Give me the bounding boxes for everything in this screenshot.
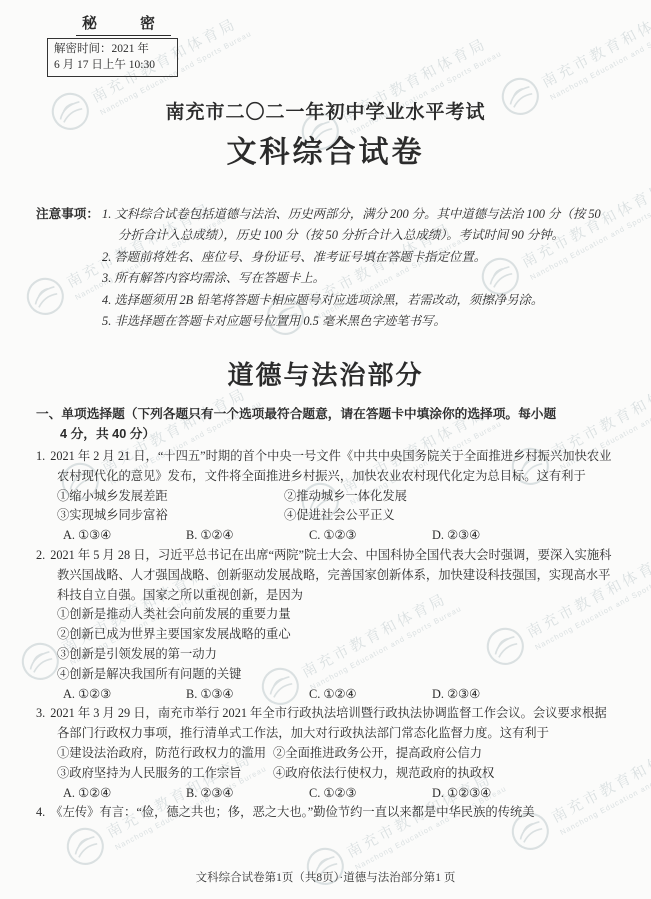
sub-option: ④促进社会公平正义 — [284, 506, 618, 526]
choice-a: A. ①②③ — [63, 685, 186, 705]
sub-options: ①缩小城乡发展差距 ②推动城乡一体化发展 ③实现城乡同步富裕 ④促进社会公平正义 — [36, 487, 618, 527]
choice-d: D. ①②③④ — [432, 784, 555, 804]
sub-option: ②推动城乡一体化发展 — [284, 487, 618, 507]
sub-option: ②创新已成为世界主要国家发展战略的重心 — [57, 625, 618, 645]
choice-d: D. ②③④ — [432, 685, 555, 705]
question-number: 2. — [36, 548, 50, 562]
choice-d: D. ②③④ — [432, 526, 555, 546]
question-4: 4.《左传》有言：“俭，德之共也；侈，恶之大也。”勤俭节约一直以来都是中华民族的… — [36, 803, 618, 823]
question-text: 2021 年 5 月 28 日，习近平总书记在出席“两院”院士大会、中国科协全国… — [50, 548, 611, 602]
sub-options: ①创新是推动人类社会向前发展的重要力量 ②创新已成为世界主要国家发展战略的重心 … — [36, 605, 618, 684]
question-list: 1.2021 年 2 月 21 日，“十四五”时期的首个中央一号文件《中共中央国… — [36, 447, 618, 823]
sub-option: ③实现城乡同步富裕 — [57, 506, 284, 526]
choice-b: B. ②③④ — [186, 784, 309, 804]
classification-label: 秘 密 — [76, 12, 171, 36]
choice-c: C. ①②③ — [309, 526, 432, 546]
decrypt-time-line1: 解密时间：2021 年 — [54, 41, 171, 57]
question-stem: 4.《左传》有言：“俭，德之共也；侈，恶之大也。”勤俭节约一直以来都是中华民族的… — [36, 803, 618, 823]
question-stem: 3.2021 年 3 月 29 日，南充市举行 2021 年全市行政执法培训暨行… — [36, 704, 618, 744]
answer-choices: A. ①③④ B. ①②④ C. ①②③ D. ②③④ — [36, 526, 618, 546]
notice-items: 1. 文科综合试卷包括道德与法治、历史两部分，满分 200 分。其中道德与法治 … — [102, 204, 616, 332]
question-2: 2.2021 年 5 月 28 日，习近平总书记在出席“两院”院士大会、中国科协… — [36, 546, 618, 704]
notice-item: 5. 非选择题在答题卡对应题号位置用 0.5 毫米黑色字迹笔书写。 — [102, 311, 616, 332]
section-intro: 一、单项选择题（下列各题只有一个选项最符合题意，请在答题卡中填涂你的选择项。每小… — [36, 404, 622, 444]
sub-option: ③创新是引领发展的第一动力 — [57, 645, 618, 665]
choice-b: B. ①③④ — [186, 685, 309, 705]
sub-option: ②全面推进政务公开，提高政府公信力 — [273, 744, 618, 764]
notice-label: 注意事项： — [36, 204, 102, 332]
question-text: 《左传》有言：“俭，德之共也；侈，恶之大也。”勤俭节约一直以来都是中华民族的传统… — [50, 805, 534, 819]
answer-choices: A. ①②④ B. ②③④ C. ①②③ D. ①②③④ — [36, 784, 618, 804]
notice-item: 3. 所有解答内容均需涂、写在答题卡上。 — [102, 268, 616, 289]
sub-option: ④政府依法行使权力，规范政府的执政权 — [273, 764, 618, 784]
choice-a: A. ①②④ — [63, 784, 186, 804]
question-text: 2021 年 2 月 21 日，“十四五”时期的首个中央一号文件《中共中央国务院… — [50, 449, 611, 483]
question-1: 1.2021 年 2 月 21 日，“十四五”时期的首个中央一号文件《中共中央国… — [36, 447, 618, 546]
answer-choices: A. ①②③ B. ①③④ C. ①②④ D. ②③④ — [36, 685, 618, 705]
exam-paper-page: 秘 密 解密时间：2021 年 6 月 17 日上午 10:30 南充市二〇二一… — [0, 0, 651, 899]
sub-option: ③政府坚持为人民服务的工作宗旨 — [57, 764, 273, 784]
decrypt-time-box: 解密时间：2021 年 6 月 17 日上午 10:30 — [47, 38, 178, 77]
sub-option: ①建设法治政府，防范行政权力的滥用 — [57, 744, 273, 764]
question-stem: 1.2021 年 2 月 21 日，“十四五”时期的首个中央一号文件《中共中央国… — [36, 447, 618, 487]
question-stem: 2.2021 年 5 月 28 日，习近平总书记在出席“两院”院士大会、中国科协… — [36, 546, 618, 605]
sub-option: ①缩小城乡发展差距 — [57, 487, 284, 507]
decrypt-time-line2: 6 月 17 日上午 10:30 — [54, 57, 171, 73]
exam-title: 南充市二〇二一年初中学业水平考试 — [0, 97, 651, 124]
sub-options: ①建设法治政府，防范行政权力的滥用 ②全面推进政务公开，提高政府公信力 ③政府坚… — [36, 744, 618, 784]
paper-title: 文科综合试卷 — [0, 127, 651, 171]
choice-a: A. ①③④ — [63, 526, 186, 546]
section-title: 道德与法治部分 — [0, 355, 651, 392]
question-text: 2021 年 3 月 29 日，南充市举行 2021 年全市行政执法培训暨行政执… — [50, 706, 606, 740]
sub-option: ①创新是推动人类社会向前发展的重要力量 — [57, 605, 618, 625]
page-footer: 文科综合试卷第1页（共8页）·道德与法治部分第1 页 — [0, 869, 651, 885]
notice-item: 1. 文科综合试卷包括道德与法治、历史两部分，满分 200 分。其中道德与法治 … — [102, 204, 616, 247]
notice-block: 注意事项： 1. 文科综合试卷包括道德与法治、历史两部分，满分 200 分。其中… — [36, 204, 616, 332]
question-3: 3.2021 年 3 月 29 日，南充市举行 2021 年全市行政执法培训暨行… — [36, 704, 618, 803]
question-number: 4. — [36, 805, 50, 819]
notice-item: 2. 答题前将姓名、座位号、身份证号、准考证号填在答题卡指定位置。 — [102, 247, 616, 268]
choice-b: B. ①②④ — [186, 526, 309, 546]
choice-c: C. ①②④ — [309, 685, 432, 705]
section-intro-line1: 一、单项选择题（下列各题只有一个选项最符合题意，请在答题卡中填涂你的选择项。每小… — [36, 404, 622, 424]
question-number: 1. — [36, 449, 50, 463]
choice-c: C. ①②③ — [309, 784, 432, 804]
section-intro-line2: 4 分，共 40 分） — [36, 424, 622, 444]
question-number: 3. — [36, 706, 50, 720]
sub-option: ④创新是解决我国所有问题的关键 — [57, 665, 618, 685]
notice-item: 4. 选择题须用 2B 铅笔将答题卡相应题号对应选项涂黑，若需改动，须擦净另涂。 — [102, 290, 616, 311]
